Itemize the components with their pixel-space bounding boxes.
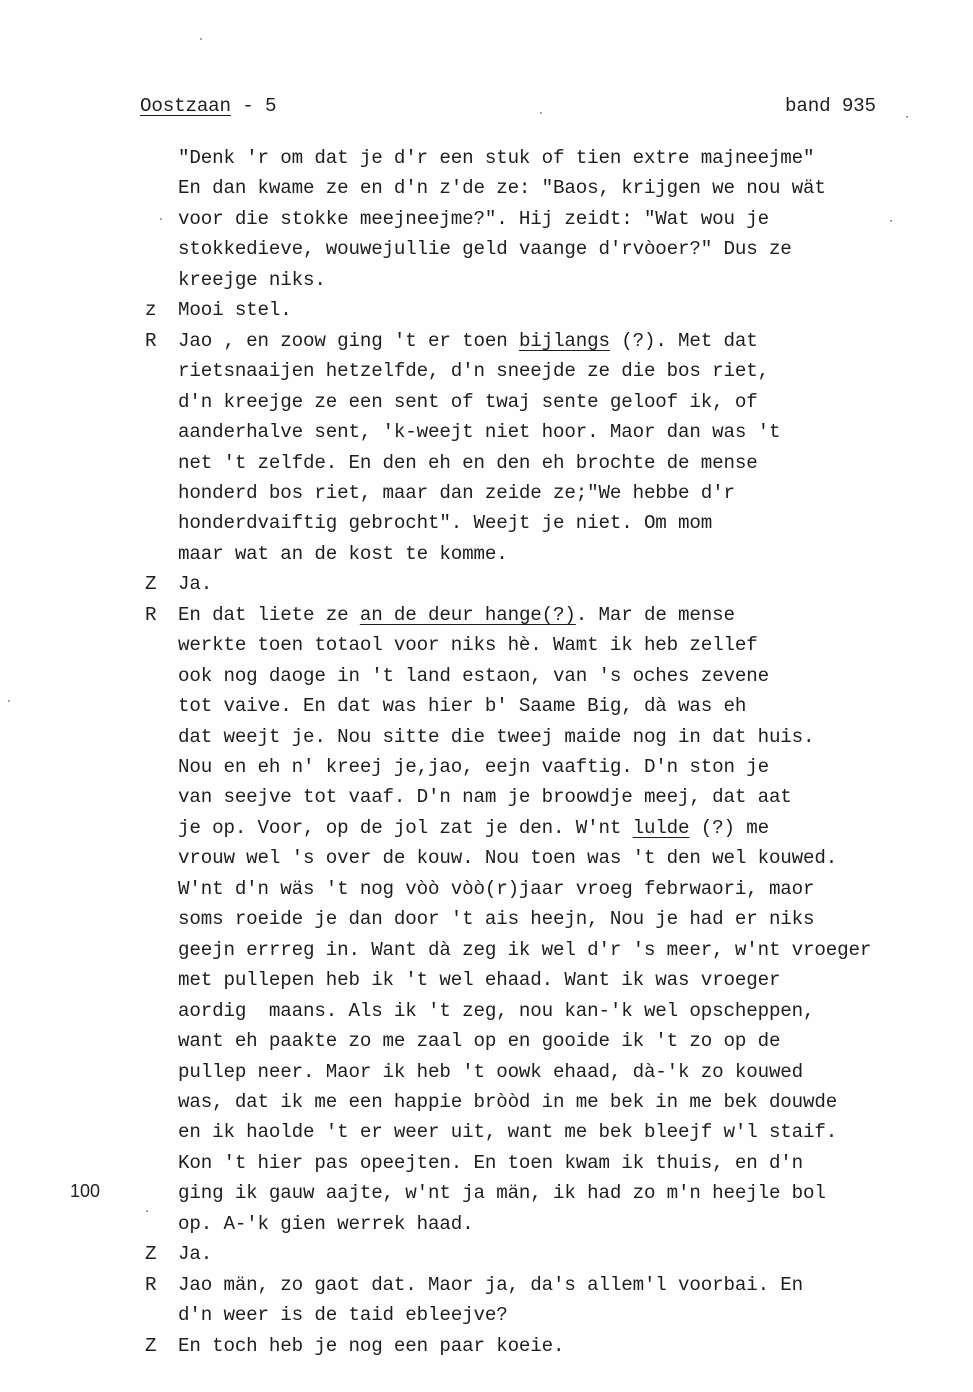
line-text: honderdvaiftig gebrocht". Weejt je niet.… — [178, 512, 712, 534]
line-text: werkte toen totaol voor niks hè. Wamt ik… — [178, 634, 758, 656]
line-text: vrouw wel 's over de kouw. Nou toen was … — [178, 847, 837, 869]
document-title: Oostzaan — [140, 95, 231, 117]
transcript-line: En toch heb je nog een paar koeie. — [178, 1333, 564, 1359]
transcript-line: voor die stokke meejneejme?". Hij zeidt:… — [178, 206, 769, 232]
line-text: voor die stokke meejneejme?". Hij zeidt:… — [178, 208, 769, 230]
line-text: "Denk 'r om dat je d'r een stuk of tien … — [178, 147, 814, 169]
line-text: ook nog daoge in 't land estaon, van 's … — [178, 665, 769, 687]
line-text: . Mar de mense — [576, 604, 735, 626]
header-separator: - — [231, 95, 265, 117]
transcript-line: Ja. — [178, 1241, 212, 1267]
tape-label: band 935 — [785, 95, 876, 117]
line-text: en ik haolde 't er weer uit, want me bek… — [178, 1121, 837, 1143]
line-text: Kon 't hier pas opeejten. En toen kwam i… — [178, 1152, 803, 1174]
line-text: Ja. — [178, 573, 212, 595]
uncertain-word: lulde — [633, 817, 690, 839]
paper-speck — [890, 220, 892, 222]
transcript-line: op. A-'k gien werrek haad. — [178, 1211, 473, 1237]
transcript-line: ook nog daoge in 't land estaon, van 's … — [178, 663, 769, 689]
line-text: van seejve tot vaaf. D'n nam je broowdje… — [178, 786, 792, 808]
line-text: soms roeide je dan door 't ais heejn, No… — [178, 908, 814, 930]
transcript-line: Jao män, zo gaot dat. Maor ja, da's alle… — [178, 1272, 803, 1298]
transcript-line: d'n weer is de taid ebleejve? — [178, 1302, 508, 1328]
line-text: want eh paakte zo me zaal op en gooide i… — [178, 1030, 780, 1052]
paper-speck — [160, 218, 162, 220]
line-text: maar wat an de kost te komme. — [178, 543, 508, 565]
transcript-line: maar wat an de kost te komme. — [178, 541, 508, 567]
paper-speck — [906, 116, 908, 118]
transcript-line: dat weejt je. Nou sitte die tweej maide … — [178, 724, 814, 750]
transcript-line: vrouw wel 's over de kouw. Nou toen was … — [178, 845, 837, 871]
speaker-label: R — [145, 1272, 156, 1298]
uncertain-word: an de deur hange(?) — [360, 604, 576, 626]
line-text: met pullepen heb ik 't wel ehaad. Want i… — [178, 969, 780, 991]
transcript-line: soms roeide je dan door 't ais heejn, No… — [178, 906, 814, 932]
transcript-line: d'n kreejge ze een sent of twaj sente ge… — [178, 389, 758, 415]
transcript-line: Ja. — [178, 571, 212, 597]
line-text: Nou en eh n' kreej je,jao, eejn vaaftig.… — [178, 756, 769, 778]
line-text: (?). Met dat — [610, 330, 758, 352]
line-text: aordig maans. Als ik 't zeg, nou kan-'k … — [178, 1000, 814, 1022]
transcript-line: W'nt d'n wäs 't nog vòò vòò(r)jaar vroeg… — [178, 876, 814, 902]
line-text: dat weejt je. Nou sitte die tweej maide … — [178, 726, 814, 748]
paper-speck — [540, 112, 542, 114]
line-text: En dan kwame ze en d'n z'de ze: "Baos, k… — [178, 177, 826, 199]
transcript-line: En dat liete ze an de deur hange(?). Mar… — [178, 602, 735, 628]
line-text: (?) me — [689, 817, 769, 839]
transcript-line: tot vaive. En dat was hier b' Saame Big,… — [178, 693, 746, 719]
line-text: d'n weer is de taid ebleejve? — [178, 1304, 508, 1326]
line-text: pullep neer. Maor ik heb 't oowk ehaad, … — [178, 1061, 803, 1083]
paper-speck — [146, 1210, 148, 1212]
transcript-line: honderdvaiftig gebrocht". Weejt je niet.… — [178, 510, 712, 536]
line-text: was, dat ik me een happie bròòd in me be… — [178, 1091, 837, 1113]
transcript-line: kreejge niks. — [178, 267, 326, 293]
transcript-line: rietsnaaijen hetzelfde, d'n sneejde ze d… — [178, 358, 769, 384]
transcript-line: want eh paakte zo me zaal op en gooide i… — [178, 1028, 780, 1054]
page-header-left: Oostzaan - 5 — [140, 95, 276, 117]
typewritten-transcript-page: Oostzaan - 5 band 935 100 "Denk 'r om da… — [0, 0, 973, 1392]
margin-line-number: 100 — [70, 1181, 100, 1202]
transcript-line: geejn errreg in. Want dà zeg ik wel d'r … — [178, 937, 871, 963]
line-text: Ja. — [178, 1243, 212, 1265]
line-text: je op. Voor, op de jol zat je den. W'nt — [178, 817, 633, 839]
line-text: ging ik gauw aajte, w'nt ja män, ik had … — [178, 1182, 826, 1204]
transcript-line: met pullepen heb ik 't wel ehaad. Want i… — [178, 967, 780, 993]
line-text: stokkedieve, wouwejullie geld vaange d'r… — [178, 238, 792, 260]
line-text: aanderhalve sent, 'k-weejt niet hoor. Ma… — [178, 421, 780, 443]
transcript-line: net 't zelfde. En den eh en den eh broch… — [178, 450, 758, 476]
transcript-line: "Denk 'r om dat je d'r een stuk of tien … — [178, 145, 814, 171]
line-text: tot vaive. En dat was hier b' Saame Big,… — [178, 695, 746, 717]
line-text: net 't zelfde. En den eh en den eh broch… — [178, 452, 758, 474]
transcript-line: en ik haolde 't er weer uit, want me bek… — [178, 1119, 837, 1145]
speaker-label: z — [145, 297, 156, 323]
uncertain-word: bijlangs — [519, 330, 610, 352]
line-text: kreejge niks. — [178, 269, 326, 291]
speaker-label: Z — [145, 1333, 156, 1359]
transcript-line: ging ik gauw aajte, w'nt ja män, ik had … — [178, 1180, 826, 1206]
transcript-line: was, dat ik me een happie bròòd in me be… — [178, 1089, 837, 1115]
line-text: W'nt d'n wäs 't nog vòò vòò(r)jaar vroeg… — [178, 878, 814, 900]
paper-speck — [8, 700, 10, 702]
line-text: Jao , en zoow ging 't er toen — [178, 330, 519, 352]
line-text: d'n kreejge ze een sent of twaj sente ge… — [178, 391, 758, 413]
transcript-line: Jao , en zoow ging 't er toen bijlangs (… — [178, 328, 758, 354]
transcript-line: werkte toen totaol voor niks hè. Wamt ik… — [178, 632, 758, 658]
transcript-line: aordig maans. Als ik 't zeg, nou kan-'k … — [178, 998, 814, 1024]
line-text: honderd bos riet, maar dan zeide ze;"We … — [178, 482, 735, 504]
transcript-line: Nou en eh n' kreej je,jao, eejn vaaftig.… — [178, 754, 769, 780]
line-text: rietsnaaijen hetzelfde, d'n sneejde ze d… — [178, 360, 769, 382]
transcript-line: stokkedieve, wouwejullie geld vaange d'r… — [178, 236, 792, 262]
line-text: op. A-'k gien werrek haad. — [178, 1213, 473, 1235]
line-text: En dat liete ze — [178, 604, 360, 626]
line-text: En toch heb je nog een paar koeie. — [178, 1335, 564, 1357]
transcript-line: Mooi stel. — [178, 297, 292, 323]
transcript-line: En dan kwame ze en d'n z'de ze: "Baos, k… — [178, 175, 826, 201]
speaker-label: R — [145, 602, 156, 628]
transcript-line: Kon 't hier pas opeejten. En toen kwam i… — [178, 1150, 803, 1176]
speaker-label: R — [145, 328, 156, 354]
page-number: 5 — [265, 95, 276, 117]
line-text: Jao män, zo gaot dat. Maor ja, da's alle… — [178, 1274, 803, 1296]
speaker-label: Z — [145, 571, 156, 597]
paper-speck — [200, 38, 202, 40]
transcript-line: aanderhalve sent, 'k-weejt niet hoor. Ma… — [178, 419, 780, 445]
speaker-label: Z — [145, 1241, 156, 1267]
transcript-line: honderd bos riet, maar dan zeide ze;"We … — [178, 480, 735, 506]
line-text: Mooi stel. — [178, 299, 292, 321]
transcript-line: pullep neer. Maor ik heb 't oowk ehaad, … — [178, 1059, 803, 1085]
transcript-line: je op. Voor, op de jol zat je den. W'nt … — [178, 815, 769, 841]
transcript-line: van seejve tot vaaf. D'n nam je broowdje… — [178, 784, 792, 810]
line-text: geejn errreg in. Want dà zeg ik wel d'r … — [178, 939, 871, 961]
